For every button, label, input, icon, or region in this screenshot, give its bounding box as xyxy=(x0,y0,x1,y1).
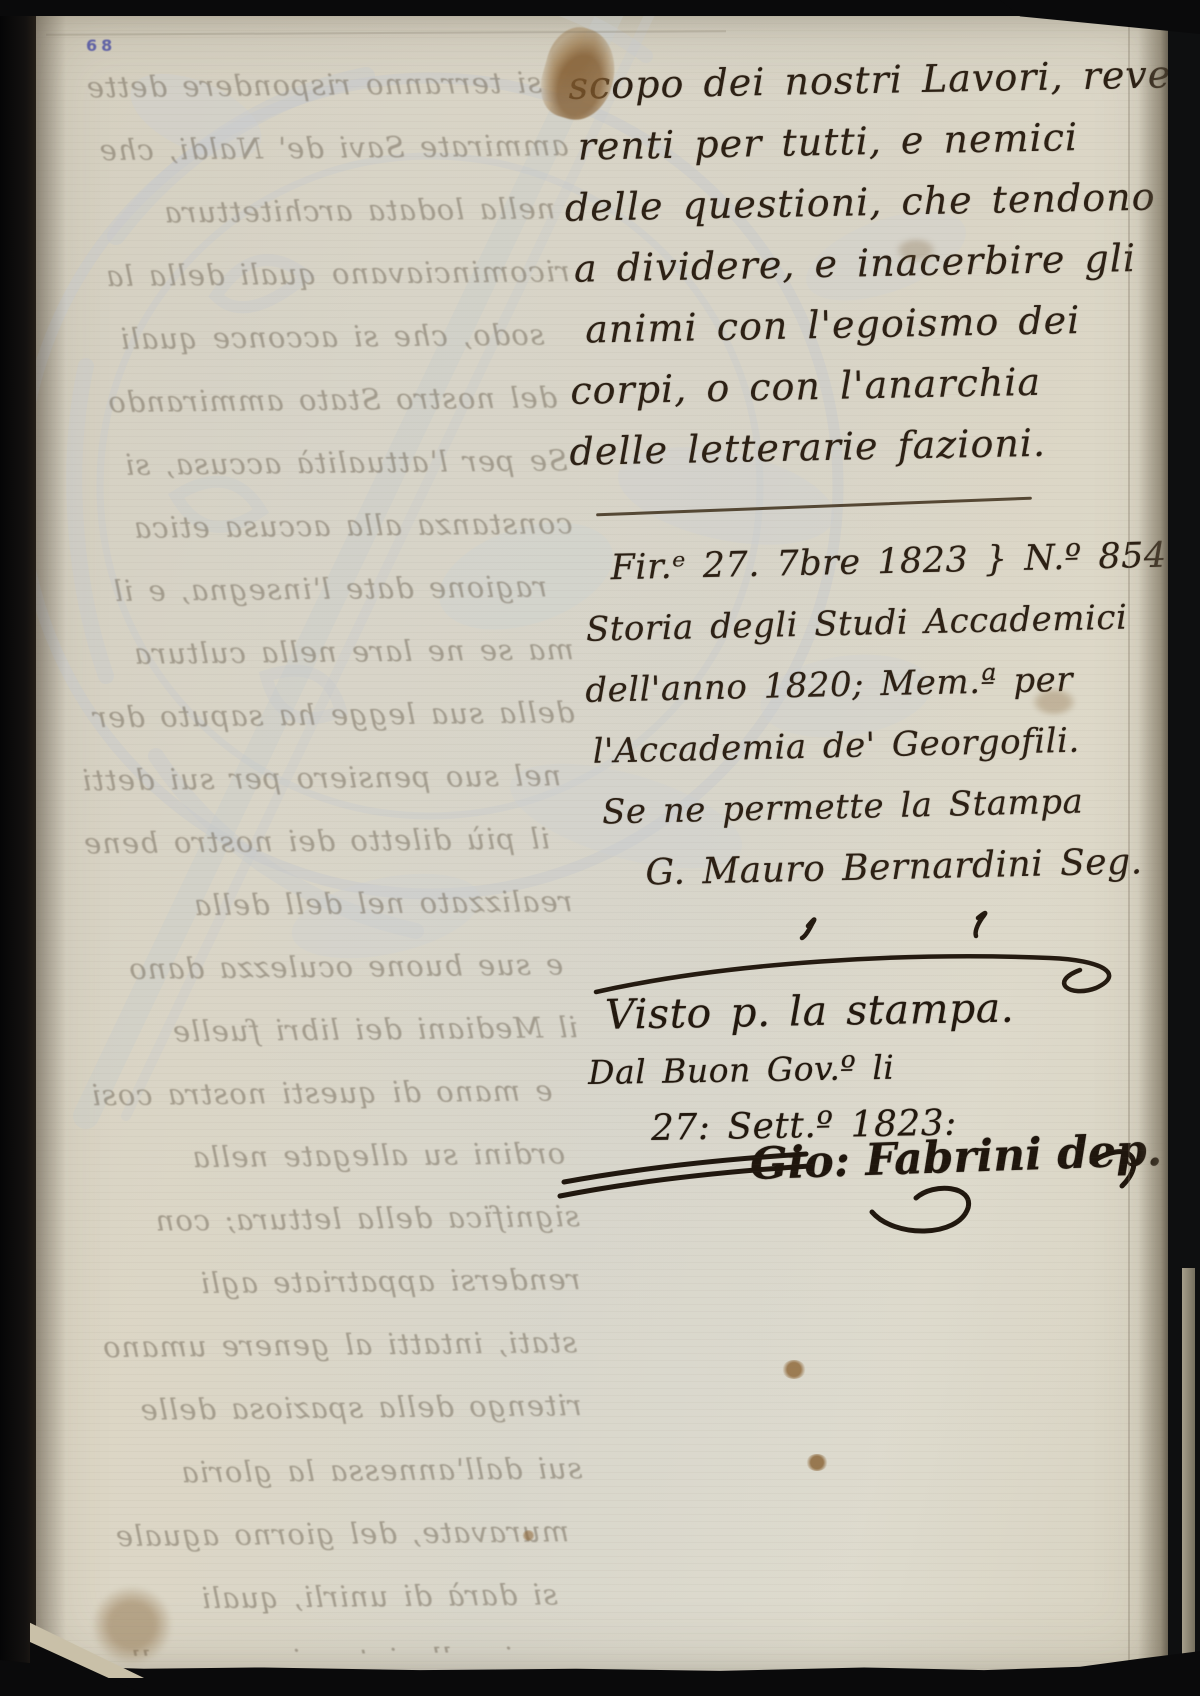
registration-block: Fir.ᵉ 27. 7bre 1823 } N.º 854Storia degl… xyxy=(584,525,1192,905)
book-gutter-background xyxy=(0,0,36,1696)
ink-stain xyxy=(782,1360,806,1379)
bleed-through-line: ma se ne lare nella cultura xyxy=(40,618,575,687)
bleed-through-line: stati, intatti al genere umano xyxy=(47,1311,578,1380)
bleed-through-line: il più diletto dei nostro bene xyxy=(42,807,551,875)
manuscript-page: 68 si terranno rispondere detteammirate … xyxy=(36,16,1168,1676)
signature-row: Gio: Fabrini dep. xyxy=(552,1120,1172,1250)
bleed-through-line: ordini su allegate nella xyxy=(45,1122,566,1190)
bleed-through-line: sensi nella intenzione e nelle xyxy=(50,1626,584,1657)
page-crease xyxy=(46,30,726,36)
bleed-through-line: muravate, del giorno aguale xyxy=(49,1500,570,1568)
bleed-through-text: si terranno rispondere detteammirate Sav… xyxy=(34,51,585,1657)
bleed-through-line: ammirate Savi de' Naldi, che xyxy=(34,114,569,183)
bleed-through-line: e sue buone oculezza dano xyxy=(43,933,564,1001)
bleed-through-line: ritengo della spaziosa delle xyxy=(47,1374,582,1443)
manuscript-line: G. Mauro Bernardini Seg. xyxy=(645,830,1192,903)
bleed-through-line: ricominciavano quali della la xyxy=(36,240,571,309)
main-text-paragraph: scopo dei nostri Lavori, reve,renti per … xyxy=(560,44,1188,483)
bleed-through-line: il Mediani dei libri fuelle xyxy=(44,996,579,1065)
bleed-through-line: sui dall'annessa la gloria xyxy=(48,1437,583,1506)
underlying-page-edge xyxy=(1182,1268,1195,1696)
bleed-through-line: significa della lettura; con xyxy=(46,1185,581,1254)
bleed-through-line: sodo, che si acconce quali xyxy=(36,304,545,372)
page-crease xyxy=(1128,16,1130,1676)
scanned-manuscript-screenshot: { "document": { "kind": "handwritten man… xyxy=(0,0,1200,1696)
gutter-shadow xyxy=(36,16,66,1676)
bleed-through-line: ragione date l'insegna, e il xyxy=(39,555,548,623)
bleed-through-line: realizzato nel dell della xyxy=(42,870,573,939)
manuscript-line: a dividere, e inacerbire gli xyxy=(573,227,1184,300)
manuscript-line: scopo dei nostri Lavori, reve, xyxy=(568,44,1181,117)
bleed-through-line: della sua legge ha saputo der xyxy=(40,681,575,750)
bleed-through-line: e mano di questi nostra cosi xyxy=(44,1059,553,1127)
ink-stain xyxy=(806,1454,828,1471)
bleed-through-line: si terranno rispondere dette xyxy=(34,52,543,120)
manuscript-line: Visto p. la stampa. xyxy=(605,977,1168,1044)
bleed-through-line: nel suo pensiero per sui detti xyxy=(41,744,562,812)
bleed-through-line: rendersi appatriate agli xyxy=(46,1248,581,1317)
bleed-through-line: del nostro Stato ammirando xyxy=(37,366,558,434)
ink-rule-divider xyxy=(596,497,1032,517)
manuscript-line: renti per tutti, e nemici xyxy=(577,105,1182,178)
manuscript-line: Dal Buon Gov.º li xyxy=(588,1034,1169,1101)
manuscript-line: delle letterarie fazioni. xyxy=(569,410,1188,483)
page-edge-shadow xyxy=(1138,16,1168,1676)
bleed-through-line: constanza alla accusa etica xyxy=(38,492,573,561)
bleed-through-line: si darà di unirli, quali xyxy=(49,1563,558,1631)
manuscript-line: animi con l'egoismo dei xyxy=(585,288,1186,361)
page-number: 68 xyxy=(86,36,116,55)
bleed-through-line: Se per l'attualità accusa, si xyxy=(38,429,569,498)
bleed-through-line: nella lodata architettura xyxy=(35,177,556,245)
